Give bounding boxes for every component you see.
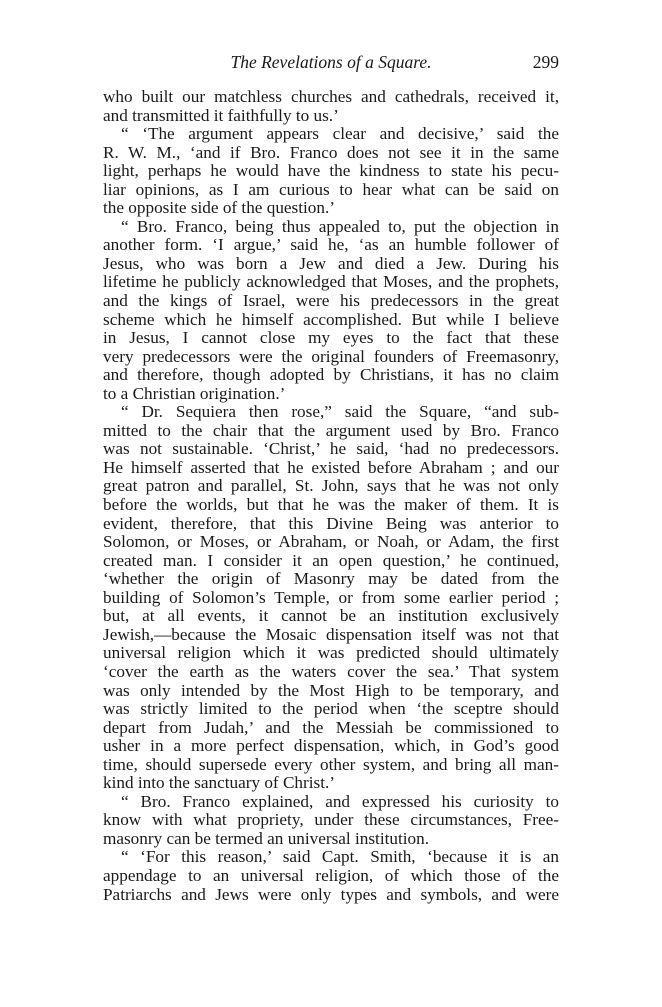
text-line: was not sustainable. ‘Christ,’ he said, …	[103, 440, 559, 459]
text-line: and transmitted it faithfully to us.’	[103, 107, 559, 126]
text-line: building of Solomon’s Temple, or from so…	[103, 589, 559, 608]
text-line: Patriarchs and Jews were only types and …	[103, 886, 559, 905]
text-line: in Jesus, I cannot close my eyes to the …	[103, 329, 559, 348]
page-number: 299	[533, 52, 559, 73]
text-line: ‘whether the origin of Masonry may be da…	[103, 570, 559, 589]
text-line: He himself asserted that he existed befo…	[103, 459, 559, 478]
text-line: time, should supersede every other syste…	[103, 756, 559, 775]
text-line: liar opinions, as I am curious to hear w…	[103, 181, 559, 200]
text-line: was only intended by the Most High to be…	[103, 682, 559, 701]
text-line: another form. ‘I argue,’ said he, ‘as an…	[103, 236, 559, 255]
text-line: before the worlds, but that he was the m…	[103, 496, 559, 515]
text-line: ‘cover the earth as the waters cover the…	[103, 663, 559, 682]
text-line: and therefore, though adopted by Christi…	[103, 366, 559, 385]
text-line: “ ‘The argument appears clear and decisi…	[103, 125, 559, 144]
text-line: Solomon, or Moses, or Abraham, or Noah, …	[103, 533, 559, 552]
text-line: usher in a more perfect dispensation, wh…	[103, 737, 559, 756]
text-line: R. W. M., ‘and if Bro. Franco does not s…	[103, 144, 559, 163]
text-line: light, perhaps he would have the kindnes…	[103, 162, 559, 181]
text-line: Jewish,—because the Mosaic dispensation …	[103, 626, 559, 645]
text-line: appendage to an universal religion, of w…	[103, 867, 559, 886]
text-line: mitted to the chair that the argument us…	[103, 422, 559, 441]
text-line: universal religion which it was predicte…	[103, 644, 559, 663]
text-line: but, at all events, it cannot be an inst…	[103, 607, 559, 626]
text-line: “ ‘For this reason,’ said Capt. Smith, ‘…	[103, 848, 559, 867]
text-line: lifetime he publicly acknowledged that M…	[103, 273, 559, 292]
text-line: “ Bro. Franco explained, and expressed h…	[103, 793, 559, 812]
text-line: scheme which he himself accomplished. Bu…	[103, 311, 559, 330]
text-line: very predecessors were the original foun…	[103, 348, 559, 367]
text-line: was strictly limited to the period when …	[103, 700, 559, 719]
text-line: great patron and parallel, St. John, say…	[103, 477, 559, 496]
text-line: know with what propriety, under these ci…	[103, 811, 559, 830]
text-line: kind into the sanctuary of Christ.’	[103, 774, 559, 793]
page-header: The Revelations of a Square. 299	[103, 50, 559, 74]
text-line: the opposite side of the question.’	[103, 199, 559, 218]
text-line: Jesus, who was born a Jew and died a Jew…	[103, 255, 559, 274]
text-line: and the kings of Israel, were his predec…	[103, 292, 559, 311]
text-line: depart from Judah,’ and the Messiah be c…	[103, 719, 559, 738]
body-text: who built our matchless churches and cat…	[103, 88, 559, 904]
text-line: masonry can be termed an universal insti…	[103, 830, 559, 849]
text-line: “ Bro. Franco, being thus appealed to, p…	[103, 218, 559, 237]
text-line: evident, therefore, that this Divine Bei…	[103, 515, 559, 534]
text-line: who built our matchless churches and cat…	[103, 88, 559, 107]
running-title: The Revelations of a Square.	[103, 52, 559, 73]
text-line: to a Christian origination.’	[103, 385, 559, 404]
text-line: created man. I consider it an open quest…	[103, 552, 559, 571]
text-line: “ Dr. Sequiera then rose,” said the Squa…	[103, 403, 559, 422]
book-page: The Revelations of a Square. 299 who bui…	[103, 50, 559, 904]
